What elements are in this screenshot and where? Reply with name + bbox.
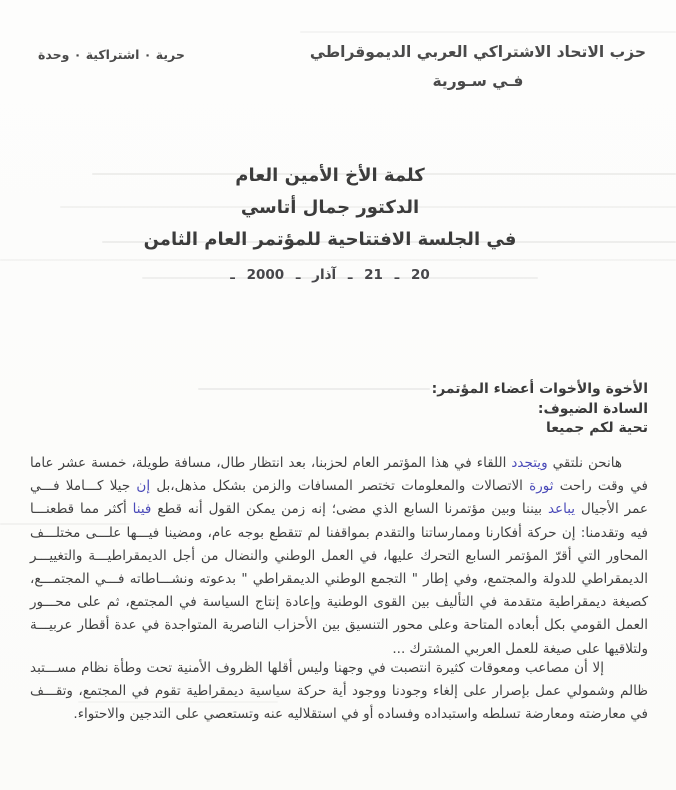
- body-line: فيه وتقدمنا: إن حركة أفكارنا وممارساتنا …: [30, 522, 648, 545]
- handwritten-blue-word: فينا: [133, 501, 152, 517]
- document-title-block: كلمة الأخ الأمين العام الدكتور جمال أتاس…: [0, 160, 668, 291]
- text-segment: هانحن نلتقي: [548, 455, 622, 471]
- body-line: هانحن نلتقي ويتجدد اللقاء في هذا المؤتمر…: [30, 452, 648, 475]
- text-segment: بيننا وبين مؤتمرنا السابع الذي مضى؛ إنه …: [151, 501, 548, 517]
- body-line: في وقت راحت ثورة الاتصالات والمعلومات تخ…: [30, 475, 648, 498]
- handwritten-blue-word: يباعد: [548, 501, 575, 517]
- scan-artifact: [198, 388, 430, 390]
- title-speaker: الدكتور جمال أتاسي: [0, 192, 668, 224]
- party-name-header: حزب الاتحاد الاشتراكي العربي الديموقراطي…: [310, 38, 646, 96]
- body-paragraph-1: هانحن نلتقي ويتجدد اللقاء في هذا المؤتمر…: [30, 452, 648, 661]
- body-line: الديمقراطي للدولة والمجتمع، وفي إطار " ا…: [30, 568, 648, 591]
- salutation-block: الأخوة والأخوات أعضاء المؤتمر: السادة ال…: [432, 380, 648, 439]
- salutation-greeting: تحية لكم جميعا: [432, 419, 648, 439]
- text-segment: عمر الأجيال: [575, 501, 648, 517]
- text-segment: أكثر مما قطعنـــا: [30, 501, 133, 517]
- body-line: العمل القومي بكل أبعاده المتاحة وعلى محو…: [30, 614, 648, 637]
- title-speech: كلمة الأخ الأمين العام: [0, 160, 668, 192]
- body-paragraph-2: إلا أن مصاعب ومعوقات كثيرة انتصبت في وجه…: [30, 657, 648, 727]
- body-line: كصيغة ديمقراطية متقدمة في التأليف بين ال…: [30, 591, 648, 614]
- text-segment: جيلا كـــاملا فـــي: [30, 478, 136, 494]
- body-line: المحاور التي أقرّ المؤتمر السابع التحرك …: [30, 545, 648, 568]
- text-segment: في وقت راحت: [554, 478, 649, 494]
- scan-artifact: [300, 31, 676, 33]
- handwritten-blue-word: ثورة: [529, 478, 553, 494]
- text-segment: اللقاء في هذا المؤتمر العام لحزبنا، بعد …: [30, 455, 511, 471]
- salutation-guests: السادة الضيوف:: [432, 400, 648, 420]
- body-line: عمر الأجيال يباعد بيننا وبين مؤتمرنا الس…: [30, 498, 648, 521]
- handwritten-blue-word: ويتجدد: [511, 455, 547, 471]
- handwritten-blue-word: إن: [136, 478, 150, 494]
- body-line: إلا أن مصاعب ومعوقات كثيرة انتصبت في وجه…: [30, 657, 648, 680]
- party-name-line2: فـي سـورية: [310, 67, 646, 96]
- text-segment: الاتصالات والمعلومات تختصر المسافات والز…: [150, 478, 529, 494]
- body-line: ظالم وشمولي عمل بإصرار على إلغاء وجودنا …: [30, 680, 648, 703]
- document-page: حزب الاتحاد الاشتراكي العربي الديموقراطي…: [0, 0, 676, 790]
- party-motto: حرية ٠ اشتراكية ٠ وحدة: [38, 47, 185, 62]
- salutation-members: الأخوة والأخوات أعضاء المؤتمر:: [432, 380, 648, 400]
- party-name-line1: حزب الاتحاد الاشتراكي العربي الديموقراطي: [310, 38, 646, 67]
- title-date: 20 ـ 21 ـ آذار ـ 2000 ـ: [0, 259, 668, 291]
- title-session: في الجلسة الافتتاحية للمؤتمر العام الثام…: [0, 224, 668, 256]
- body-line: في معارضته ومعارضة تسلطه واستبداده وفساد…: [30, 703, 648, 726]
